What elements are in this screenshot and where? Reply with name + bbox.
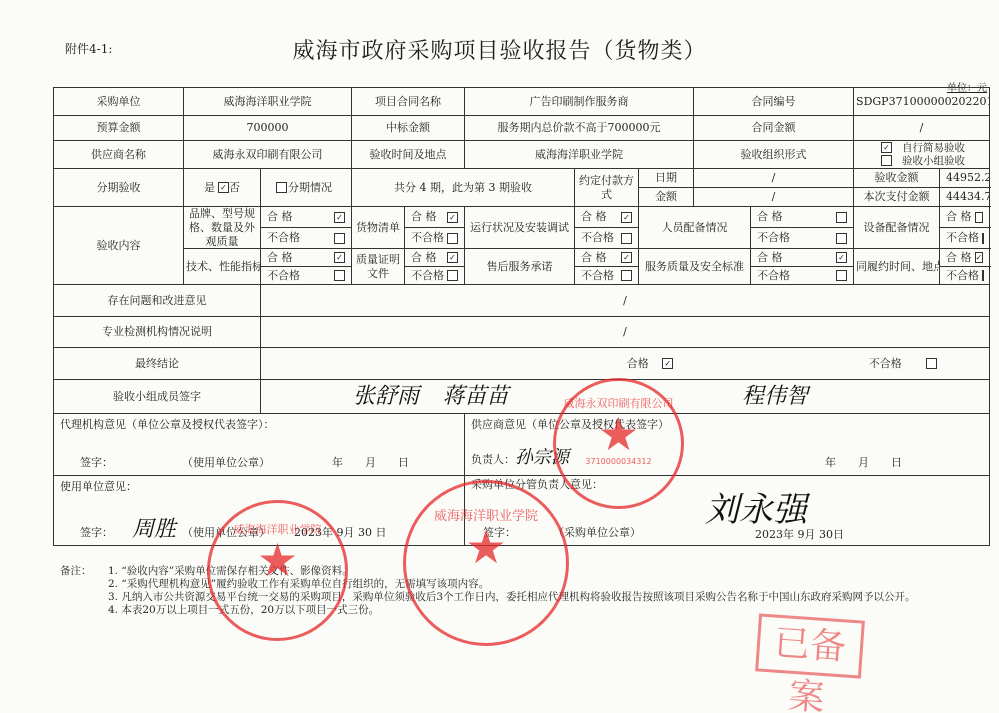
supplier-opinion[interactable]: 供应商意见（单位公章及授权代表签字） 负责人：孙宗源 年 月 日 (465, 414, 990, 476)
fail-checkbox[interactable] (982, 270, 984, 281)
contract-no-label: 合同编号 (694, 88, 854, 116)
inspection-item-2: 运行状况及安装调试 (465, 207, 575, 249)
conclusion-pass-checkbox[interactable]: ✓ (662, 358, 673, 369)
fail-checkbox[interactable] (447, 270, 458, 281)
accept-place-label: 验收时间及地点 (352, 141, 465, 169)
checkbox-icon[interactable] (881, 155, 892, 166)
school-seal-stamp: 威海海洋职业学院 ★ (403, 480, 569, 646)
pass-checkbox[interactable]: ✓ (334, 212, 345, 223)
signature: 周胜 (132, 516, 176, 544)
installment-yes-no: 是✓否 (184, 169, 261, 207)
pass-checkbox[interactable] (975, 212, 984, 223)
org-form-self[interactable]: ✓ 自行简易验收 (856, 142, 987, 155)
budget-label: 预算金额 (54, 116, 184, 141)
inspection-item-9: 同履约时间、地点、方式 (854, 249, 940, 285)
contract-amount-value: / (854, 116, 990, 141)
pass-cell: 合 格✓ (261, 207, 352, 228)
star-icon: ★ (210, 537, 345, 583)
page-title: 威海市政府采购项目验收报告（货物类） (0, 34, 999, 65)
accept-amount-label: 验收金额 (854, 169, 940, 188)
fail-checkbox[interactable] (334, 270, 345, 281)
fail-checkbox[interactable] (982, 233, 984, 244)
inspection-item-3: 人员配备情况 (639, 207, 751, 249)
fail-cell: 不合格 (405, 228, 465, 249)
fail-cell: 不合格 (751, 228, 854, 249)
installment-yes-checkbox[interactable]: ✓ (218, 182, 229, 193)
pay-now-label: 本次支付金额 (854, 188, 940, 207)
star-icon: ★ (556, 411, 681, 457)
pass-cell: 合 格✓ (405, 207, 465, 228)
org-form-label: 验收组织形式 (694, 141, 854, 169)
pass-checkbox[interactable]: ✓ (621, 212, 632, 223)
pass-checkbox[interactable]: ✓ (334, 252, 345, 263)
fail-cell: 不合格 (261, 267, 352, 285)
inspection-item-8: 服务质量及安全标准 (639, 249, 751, 285)
signature: 刘永强 (705, 489, 807, 532)
installment-detail: 共分 4 期，此为第 3 期验收 (352, 169, 575, 207)
fail-cell: 不合格 (405, 267, 465, 285)
pass-checkbox[interactable]: ✓ (836, 252, 847, 263)
agency-opinion[interactable]: 代理机构意见（单位公章及授权代表签字）： 签字： （使用单位公章） 年 月 日 (54, 414, 465, 476)
fail-cell: 不合格 (261, 228, 352, 249)
team-sign-label: 验收小组成员签字 (54, 380, 261, 414)
testing-value[interactable]: / (261, 317, 990, 348)
contract-no-value: SDGP371000000202201001723-C (854, 88, 990, 116)
pass-cell: 合 格 (940, 207, 990, 228)
org-form-options: ✓ 自行简易验收 验收小组验收 (854, 141, 990, 169)
fail-cell: 不合格 (575, 267, 639, 285)
fail-cell: 不合格 (575, 228, 639, 249)
installment-no-checkbox[interactable] (276, 182, 287, 193)
issues-value[interactable]: / (261, 285, 990, 317)
contract-amount-label: 合同金额 (694, 116, 854, 141)
fail-checkbox[interactable] (334, 233, 345, 244)
installment-status-label: 分期情况 (261, 169, 352, 207)
pass-cell: 合 格✓ (751, 249, 854, 267)
conclusion-fail-checkbox[interactable] (926, 358, 937, 369)
inspection-label: 验收内容 (54, 207, 184, 285)
inspection-item-0: 品牌、型号规格、数量及外观质量 (184, 207, 261, 249)
installment-label: 分期验收 (54, 169, 184, 207)
inspection-item-1: 货物清单 (352, 207, 405, 249)
pass-cell: 合 格✓ (940, 249, 990, 267)
conclusion-label: 最终结论 (54, 348, 261, 380)
fail-checkbox[interactable] (621, 270, 632, 281)
pass-cell: 合 格 (751, 207, 854, 228)
pass-checkbox[interactable]: ✓ (975, 252, 984, 263)
contract-name-label: 项目合同名称 (352, 88, 465, 116)
payment-label: 约定付款方式 (575, 169, 639, 207)
pass-checkbox[interactable]: ✓ (447, 252, 458, 263)
fail-cell: 不合格 (940, 267, 990, 285)
inspection-item-4: 设备配备情况 (854, 207, 940, 249)
issues-label: 存在问题和改进意见 (54, 285, 261, 317)
pass-cell: 合 格✓ (261, 249, 352, 267)
pass-cell: 合 格✓ (575, 207, 639, 228)
signature: 张舒雨 (353, 384, 419, 409)
supplier-label: 供应商名称 (54, 141, 184, 169)
purchaser-label: 采购单位 (54, 88, 184, 116)
fail-cell: 不合格 (940, 228, 990, 249)
bid-amount-label: 中标金额 (352, 116, 465, 141)
pass-checkbox[interactable]: ✓ (621, 252, 632, 263)
testing-label: 专业检测机构情况说明 (54, 317, 261, 348)
pay-now-value: 44434.73 元 (940, 188, 990, 207)
fail-checkbox[interactable] (621, 233, 632, 244)
payment-amount-value: / (694, 188, 854, 207)
star-icon: ★ (406, 524, 566, 570)
payment-date-value: / (694, 169, 854, 188)
signature: 程伟智 (742, 384, 808, 409)
signature: 蒋苗苗 (443, 384, 509, 409)
acceptance-table: 采购单位 威海海洋职业学院 项目合同名称 广告印刷制作服务商 合同编号 SDGP… (53, 87, 990, 546)
purchaser-value: 威海海洋职业学院 (184, 88, 352, 116)
accept-amount-value: 44952.22 元 (940, 169, 990, 188)
filed-stamp: 已备案 (755, 613, 865, 678)
school-seal-stamp: 威海海洋职业学院 ★ (207, 500, 348, 641)
org-form-team[interactable]: 验收小组验收 (856, 155, 987, 168)
inspection-item-7: 售后服务承诺 (465, 249, 575, 285)
supplier-value: 威海永双印刷有限公司 (184, 141, 352, 169)
fail-checkbox[interactable] (447, 233, 458, 244)
inspection-item-5: 技术、性能指标 (184, 249, 261, 285)
fail-cell: 不合格 (751, 267, 854, 285)
bid-amount-value: 服务期内总价款不高于700000元 (465, 116, 694, 141)
checkbox-icon[interactable]: ✓ (881, 142, 892, 153)
budget-value: 700000 (184, 116, 352, 141)
inspection-item-6: 质量证明文件 (352, 249, 405, 285)
payment-amount-label: 金额 (639, 188, 694, 207)
contract-name-value: 广告印刷制作服务商 (465, 88, 694, 116)
fail-checkbox[interactable] (836, 233, 847, 244)
pass-cell: 合 格✓ (405, 249, 465, 267)
payment-date-label: 日期 (639, 169, 694, 188)
accept-place-value: 威海海洋职业学院 (465, 141, 694, 169)
supplier-seal-stamp: 威海永双印刷有限公司 ★ 3710000034312 (553, 378, 684, 509)
pass-checkbox[interactable]: ✓ (447, 212, 458, 223)
pass-cell: 合 格✓ (575, 249, 639, 267)
pass-checkbox[interactable] (836, 212, 847, 223)
conclusion-options: 合格 ✓ 不合格 (261, 348, 990, 380)
fail-checkbox[interactable] (836, 270, 847, 281)
